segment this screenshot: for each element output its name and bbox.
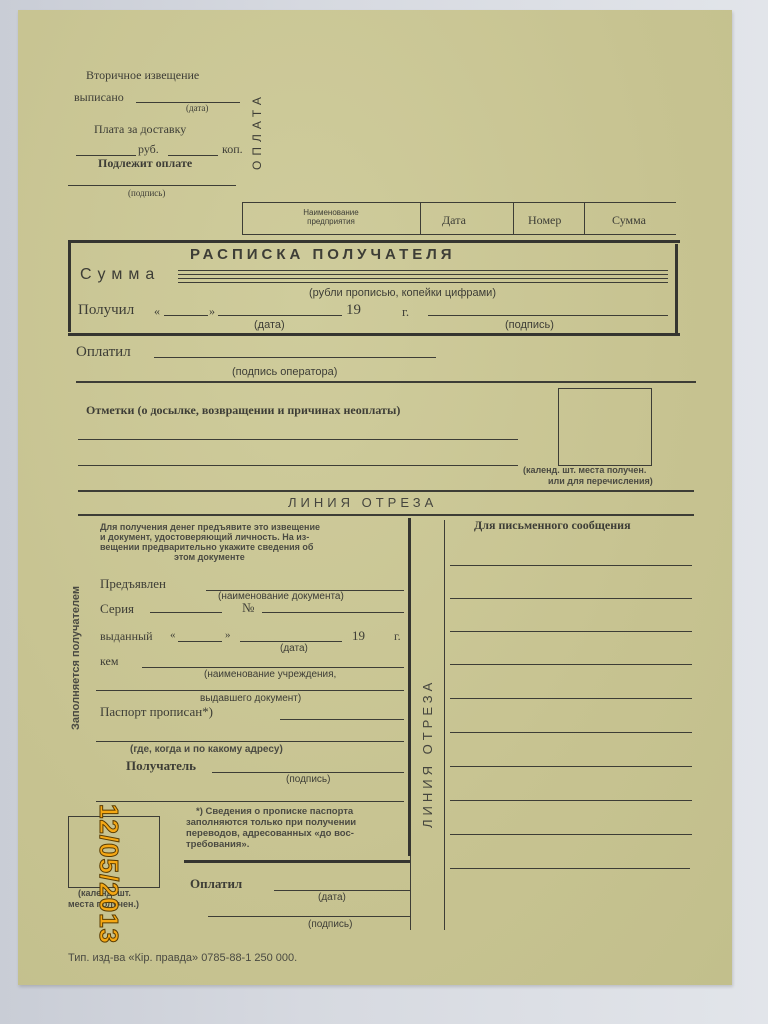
- footnote-line-2: заполняются только при получении: [186, 817, 356, 828]
- issued-label: выданный: [100, 629, 153, 644]
- institution-caption-1: (наименование учреждения,: [204, 669, 336, 680]
- column-date: Дата: [442, 213, 466, 228]
- year-suffix: г.: [402, 304, 409, 320]
- table-divider: [242, 202, 243, 235]
- payment-signature-field[interactable]: [68, 185, 236, 186]
- series-label: Серия: [100, 601, 134, 617]
- kop-label: коп.: [222, 142, 243, 157]
- table-top-border: [242, 202, 676, 203]
- passport-caption: (где, когда и по какому адресу): [130, 744, 283, 755]
- marks-line-1[interactable]: [78, 439, 518, 440]
- printer-imprint: Тип. изд-ва «Кір. правда» 0785-88-1 250 …: [68, 952, 297, 964]
- signature-caption: (подпись): [128, 188, 165, 198]
- number-label: №: [242, 600, 254, 616]
- receipt-right-border: [675, 244, 678, 334]
- calendar-stamp-box: [558, 388, 652, 466]
- cut-line-label: ЛИНИЯ ОТРЕЗА: [288, 495, 437, 510]
- presented-label: Предъявлен: [100, 576, 166, 592]
- message-line[interactable]: [450, 868, 690, 869]
- receipt-top-border: [68, 240, 680, 243]
- paid-label: Оплатил: [76, 344, 131, 361]
- divider-line: [78, 490, 694, 492]
- paid-date-field[interactable]: [274, 890, 410, 891]
- message-line[interactable]: [450, 565, 692, 566]
- passport-registration-field-2[interactable]: [96, 741, 404, 742]
- paid-signature-caption: (подпись): [308, 919, 352, 930]
- message-line[interactable]: [450, 800, 692, 801]
- message-line[interactable]: [450, 698, 692, 699]
- column-enterprise-name: Наименование предприятия: [286, 208, 376, 226]
- year-prefix: 19: [346, 302, 361, 319]
- payment-vertical-label: ОПЛАТА: [250, 92, 264, 170]
- footnote-line-3: переводов, адресованных «до вос-: [186, 828, 354, 839]
- received-month-field[interactable]: [218, 315, 342, 316]
- receipt-date-caption: (дата): [254, 319, 285, 331]
- table-bottom-border: [242, 234, 676, 235]
- passport-registered-label: Паспорт прописан*): [100, 704, 213, 720]
- message-line[interactable]: [450, 834, 692, 835]
- table-divider: [513, 202, 514, 235]
- subject-to-payment-label: Подлежит оплате: [98, 156, 192, 171]
- recipient-section-border-lower: [410, 856, 411, 930]
- column-sum: Сумма: [612, 213, 646, 228]
- cut-line[interactable]: [78, 514, 694, 516]
- receipt-title: РАСПИСКА ПОЛУЧАТЕЛЯ: [190, 246, 456, 263]
- received-label: Получил: [78, 302, 134, 319]
- recipient-signature-caption: (подпись): [286, 774, 330, 785]
- issued-date-caption: (дата): [280, 643, 308, 654]
- received-day-field[interactable]: [164, 315, 208, 316]
- sum-line: [178, 270, 668, 271]
- photo-date-stamp: 12/05/2013: [93, 804, 124, 944]
- passport-registration-field[interactable]: [280, 719, 404, 720]
- receipt-bottom-border: [68, 333, 680, 336]
- rub-label: руб.: [138, 142, 159, 157]
- issued-month-field[interactable]: [240, 641, 342, 642]
- sum-line: [178, 278, 668, 279]
- receipt-sum-caption: (рубли прописью, копейки цифрами): [309, 287, 496, 299]
- divider-line: [76, 381, 696, 383]
- instructions-line-2: и документ, удостоверяющий личность. На …: [100, 532, 309, 542]
- quote-close: »: [225, 629, 231, 641]
- footnote-line-4: требования».: [186, 839, 249, 850]
- message-line[interactable]: [450, 631, 692, 632]
- document-number-field[interactable]: [262, 612, 404, 613]
- postal-form-paper: Вторичное извещение выписано (дата) Плат…: [18, 10, 732, 985]
- by-whom-label: кем: [100, 654, 118, 669]
- divider-line: [96, 801, 404, 802]
- delivery-fee-label: Плата за доставку: [94, 122, 186, 137]
- quote-open: «: [154, 304, 160, 319]
- recipient-label: Получатель: [126, 758, 196, 774]
- marks-line-2[interactable]: [78, 465, 518, 466]
- recipient-section-border: [408, 518, 411, 856]
- paid-signature-field[interactable]: [208, 916, 410, 917]
- quote-close: »: [209, 304, 215, 319]
- quote-open: «: [170, 629, 176, 641]
- footnote-line-1: *) Сведения о прописке паспорта: [196, 806, 353, 817]
- message-line[interactable]: [450, 732, 692, 733]
- stamp-caption-1: (календ. шт. места получен.: [523, 465, 646, 475]
- stamp-caption-2: или для перечисления): [548, 476, 653, 486]
- receipt-sum-field[interactable]: [178, 268, 668, 286]
- sum-line: [178, 282, 668, 283]
- marks-label: Отметки (о досылке, возвращении и причин…: [86, 403, 400, 418]
- filled-by-recipient-label: Заполняется получателем: [70, 586, 82, 730]
- operator-signature-field[interactable]: [154, 357, 436, 358]
- issued-date-caption: (дата): [186, 103, 208, 113]
- message-title: Для письменного сообщения: [474, 518, 631, 533]
- table-divider: [584, 202, 585, 235]
- vertical-cut-line[interactable]: [444, 520, 445, 930]
- year-prefix: 19: [352, 628, 365, 644]
- issued-day-field[interactable]: [178, 641, 222, 642]
- vertical-cut-line-label: ЛИНИЯ ОТРЕЗА: [420, 679, 435, 828]
- series-field[interactable]: [150, 612, 222, 613]
- receipt-sum-label: Сумма: [80, 266, 160, 284]
- message-line[interactable]: [450, 664, 692, 665]
- paid-date-caption: (дата): [318, 892, 346, 903]
- secondary-notice-label: Вторичное извещение: [86, 68, 199, 83]
- sum-line: [178, 274, 668, 275]
- instructions-line-3: вещении предварительно укажите сведения …: [100, 542, 313, 552]
- table-divider: [420, 202, 421, 235]
- institution-caption-2: выдавшего документ): [200, 693, 301, 704]
- issuing-institution-field-2[interactable]: [96, 690, 404, 691]
- document-name-caption: (наименование документа): [218, 591, 344, 602]
- recipient-signature-field[interactable]: [212, 772, 404, 773]
- issuing-institution-field[interactable]: [142, 667, 404, 668]
- year-suffix: г.: [394, 629, 401, 644]
- column-number: Номер: [528, 213, 561, 228]
- instructions-line-1: Для получения денег предъявите это извещ…: [100, 522, 320, 532]
- receipt-left-border: [68, 242, 71, 332]
- message-line[interactable]: [450, 598, 692, 599]
- divider-line: [184, 860, 410, 863]
- message-line[interactable]: [450, 766, 692, 767]
- issued-label: выписано: [74, 90, 124, 105]
- instructions-line-4: этом документе: [174, 552, 245, 562]
- receipt-signature-field[interactable]: [428, 315, 668, 316]
- operator-signature-caption: (подпись оператора): [232, 366, 337, 378]
- receipt-signature-caption: (подпись): [505, 319, 554, 331]
- lower-paid-label: Оплатил: [190, 876, 242, 892]
